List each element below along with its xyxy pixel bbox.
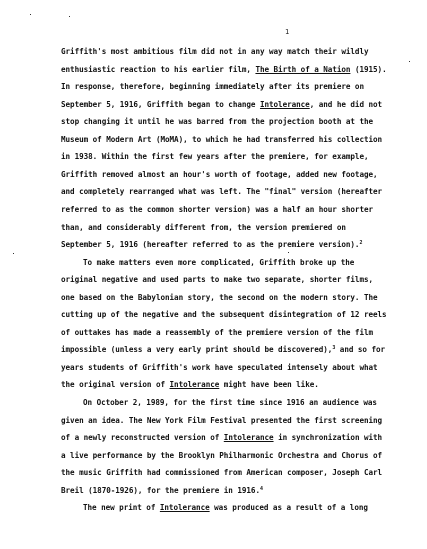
text-line: enthusiastic reaction to his earlier fil… (61, 65, 387, 75)
text-run: September 5, 1916, Griffith began to cha… (61, 100, 260, 109)
scan-speck (409, 61, 410, 62)
text-run: original negative and used parts to make… (61, 275, 373, 284)
text-run: The new print of (83, 503, 160, 512)
text-run: of a newly reconstructed version of (61, 433, 224, 442)
scan-speck (13, 253, 14, 254)
text-line: stop changing it until he was barred fro… (61, 117, 373, 127)
scan-speck (288, 252, 289, 253)
text-run: the music Griffith had commissioned from… (61, 468, 382, 477)
text-run: and so for (335, 345, 385, 354)
text-run: might have been like. (219, 380, 318, 389)
text-run: was produced as a result of a long (210, 503, 368, 512)
text-run: Griffith's most ambitious film did not i… (61, 47, 369, 56)
text-run: given an idea. The New York Film Festiva… (61, 416, 382, 425)
text-line: To make matters even more complicated, G… (83, 258, 354, 268)
text-run: than, and considerably different from, t… (61, 223, 346, 232)
text-run: On October 2, 1989, for the first time s… (83, 398, 377, 407)
text-line: On October 2, 1989, for the first time s… (83, 398, 377, 408)
film-title: Intolerance (170, 380, 220, 389)
text-line: a live performance by the Brooklyn Philh… (61, 451, 382, 461)
text-run: impossible (unless a very early print sh… (61, 345, 332, 354)
text-run: in 1938. Within the first few years afte… (61, 152, 369, 161)
text-line: Griffith's most ambitious film did not i… (61, 47, 369, 57)
text-run: To make matters even more complicated, G… (83, 258, 354, 267)
film-title: Intolerance (160, 503, 210, 512)
text-run: stop changing it until he was barred fro… (61, 117, 373, 126)
text-line: the music Griffith had commissioned from… (61, 468, 382, 478)
text-run: cutting up of the negative and the subse… (61, 310, 387, 319)
scan-speck (69, 16, 70, 17)
document-page: 1 Griffith's most ambitious film did not… (0, 0, 427, 549)
text-run: Breil (1870-1926), for the premiere in 1… (61, 486, 260, 495)
text-run: referred to as the common shorter versio… (61, 205, 373, 214)
text-run: September 5, 1916 (hereafter referred to… (61, 240, 359, 249)
text-run: Museum of Modern Art (MoMA), to which he… (61, 135, 382, 144)
text-line: The new print of Intolerance was produce… (83, 503, 368, 513)
text-run: of outtakes has made a reassembly of the… (61, 328, 373, 337)
film-title: Intolerance (224, 433, 274, 442)
text-run: In response, therefore, beginning immedi… (61, 82, 364, 91)
text-run: years students of Griffith's work have s… (61, 363, 378, 372)
text-run: and completely rearranged what was left.… (61, 187, 382, 196)
text-line: Breil (1870-1926), for the premiere in 1… (61, 486, 263, 496)
text-line: September 5, 1916, Griffith began to cha… (61, 100, 382, 110)
text-line: referred to as the common shorter versio… (61, 205, 373, 215)
text-run: a live performance by the Brooklyn Philh… (61, 451, 382, 460)
text-run: , and he did not (310, 100, 382, 109)
text-line: September 5, 1916 (hereafter referred to… (61, 240, 362, 250)
text-line: given an idea. The New York Film Festiva… (61, 416, 382, 426)
text-line: original negative and used parts to make… (61, 275, 373, 285)
text-line: one based on the Babylonian story, the s… (61, 293, 378, 303)
text-line: of a newly reconstructed version of Into… (61, 433, 382, 443)
text-line: Griffith removed almost an hour's worth … (61, 170, 378, 180)
text-line: than, and considerably different from, t… (61, 223, 346, 233)
text-run: enthusiastic reaction to his earlier fil… (61, 65, 255, 74)
page-number: 1 (285, 28, 289, 36)
text-line: years students of Griffith's work have s… (61, 363, 378, 373)
text-run: in synchronization with (274, 433, 383, 442)
text-line: In response, therefore, beginning immedi… (61, 82, 364, 92)
text-run: Griffith removed almost an hour's worth … (61, 170, 378, 179)
text-run: (1915). (350, 65, 386, 74)
text-line: and completely rearranged what was left.… (61, 187, 382, 197)
film-title: Intolerance (260, 100, 310, 109)
text-line: the original version of Intolerance migh… (61, 380, 319, 390)
text-run: the original version of (61, 380, 170, 389)
text-line: impossible (unless a very early print sh… (61, 345, 385, 355)
footnote-marker: 2 (359, 240, 362, 246)
text-line: in 1938. Within the first few years afte… (61, 152, 369, 162)
film-title: The Birth of a Nation (255, 65, 350, 74)
text-run: one based on the Babylonian story, the s… (61, 293, 378, 302)
text-line: cutting up of the negative and the subse… (61, 310, 387, 320)
footnote-marker: 4 (260, 486, 263, 492)
text-line: of outtakes has made a reassembly of the… (61, 328, 373, 338)
text-line: Museum of Modern Art (MoMA), to which he… (61, 135, 382, 145)
scan-speck (30, 14, 31, 15)
